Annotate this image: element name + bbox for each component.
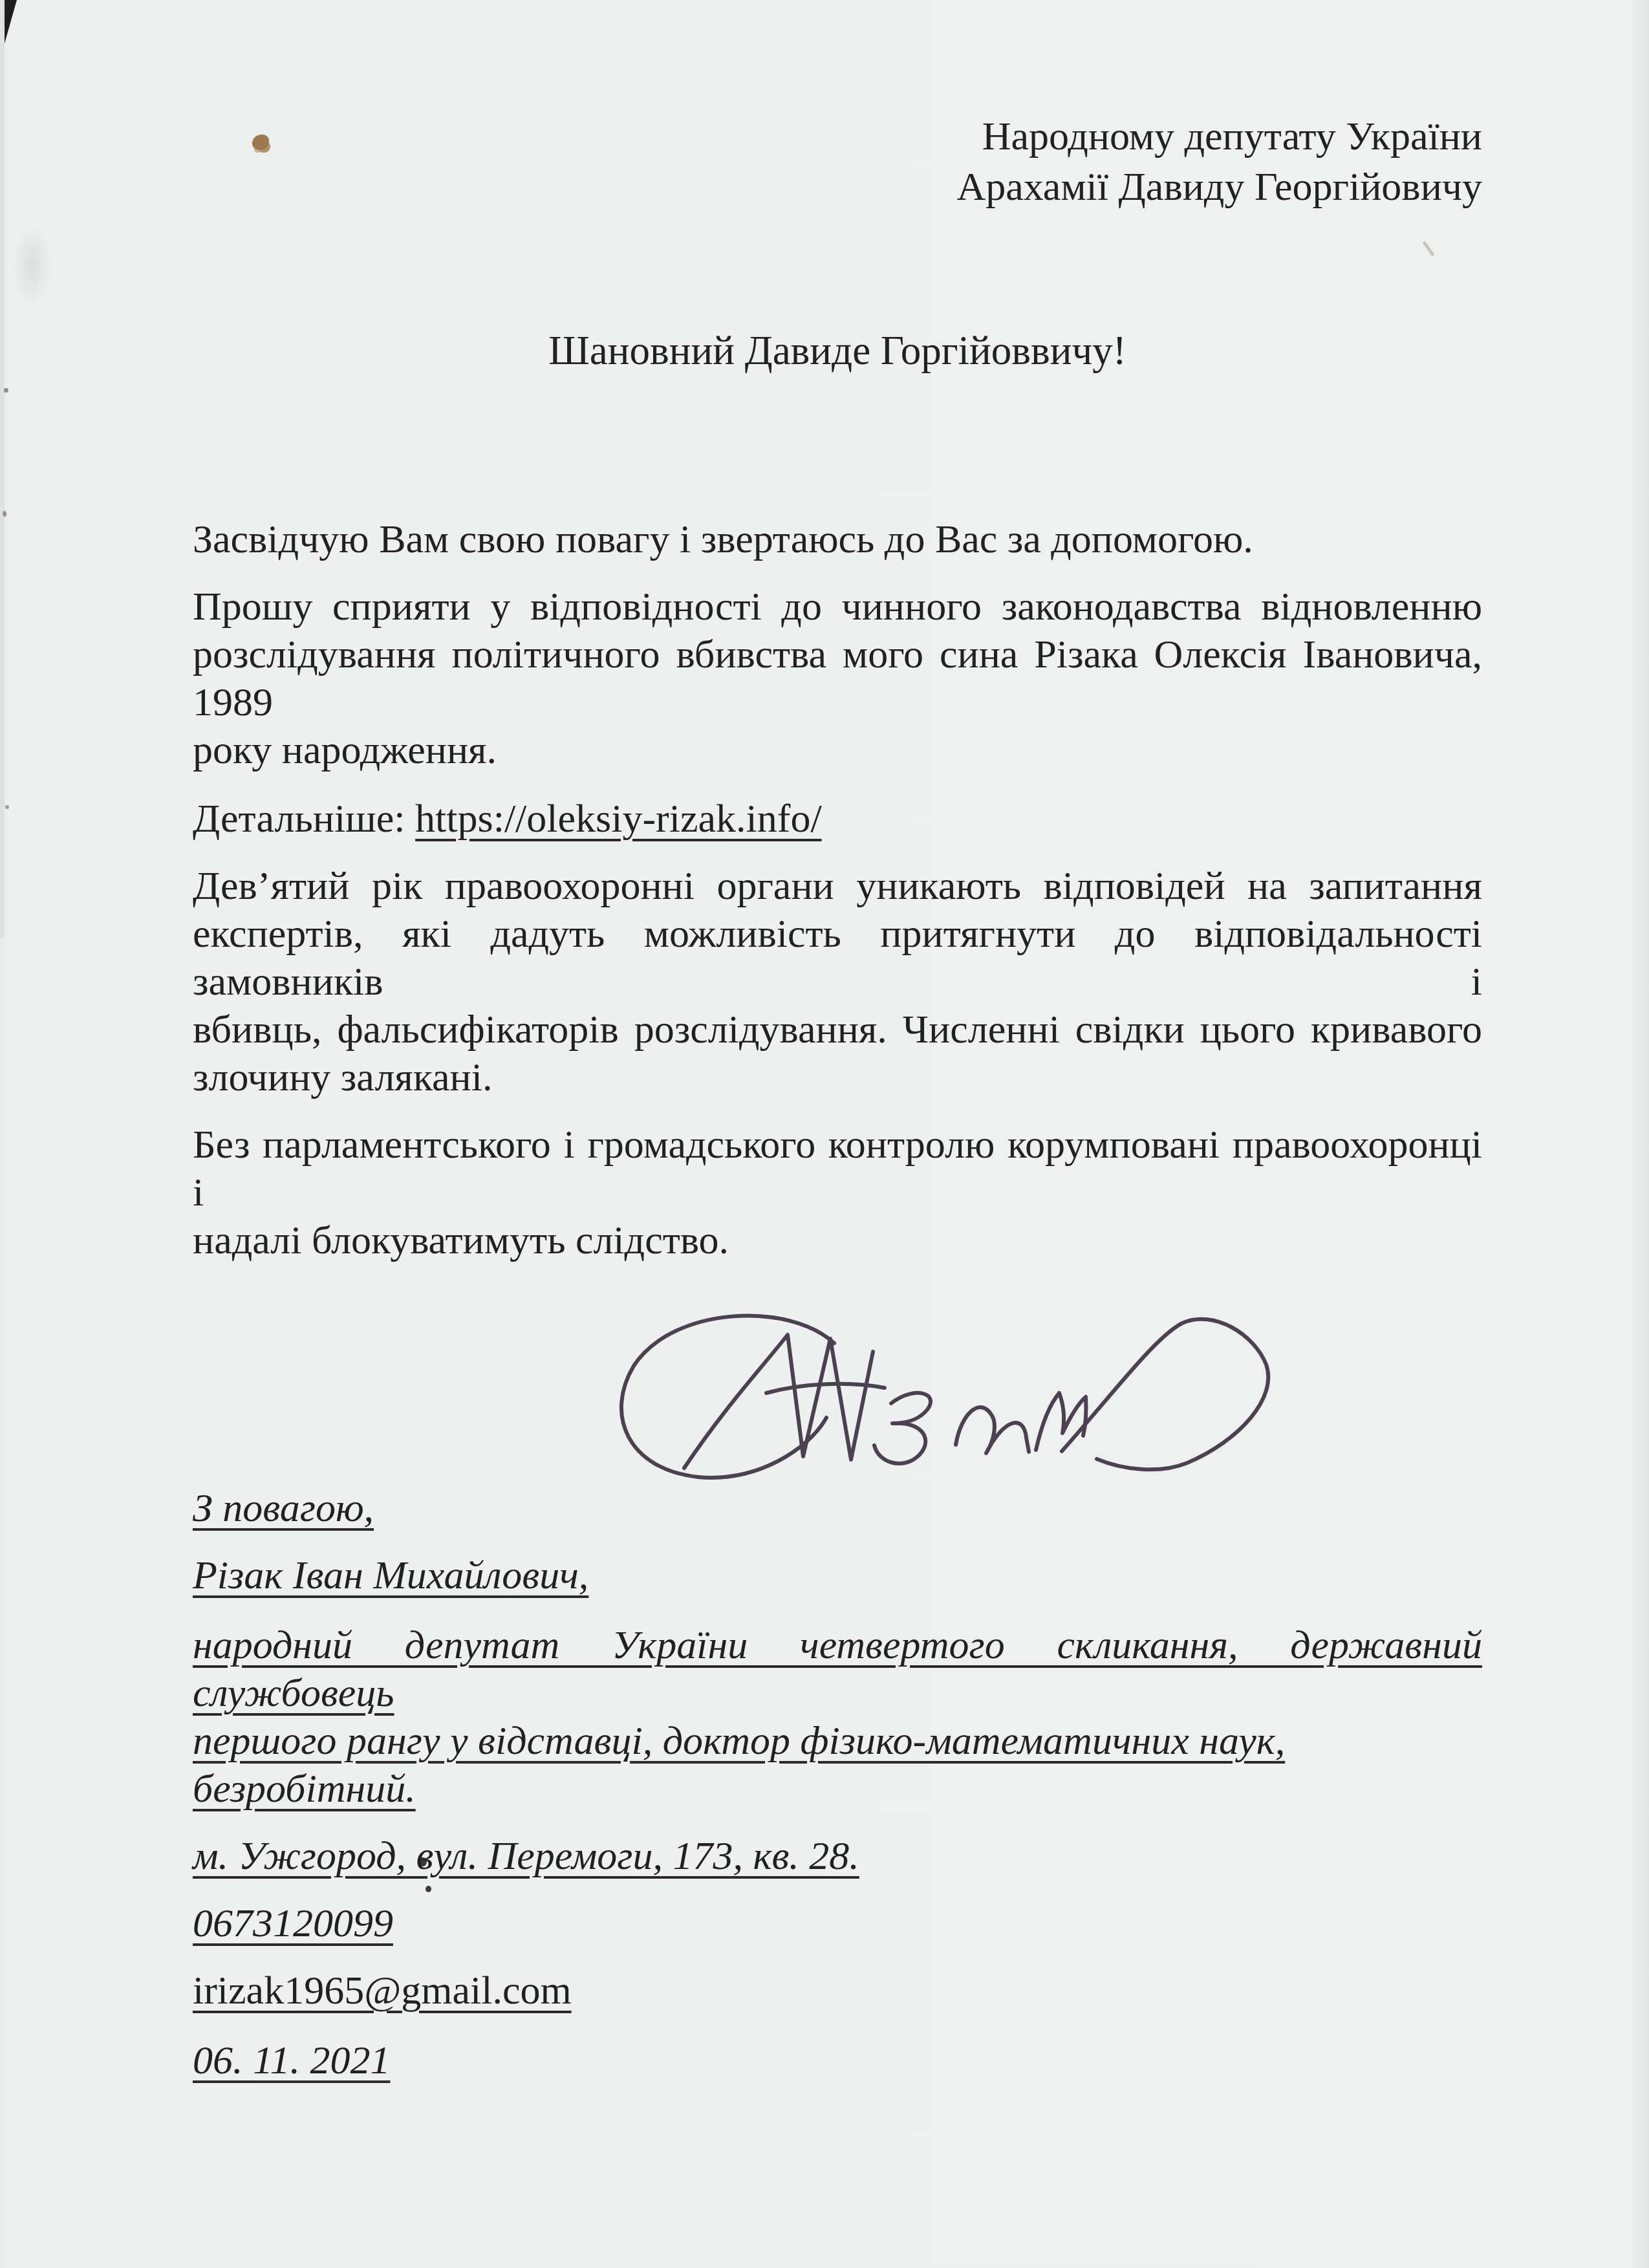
addressee-line: Народному депутату України <box>193 111 1482 162</box>
addressee-block: Народному депутату України Арахамії Дави… <box>193 111 1482 212</box>
paragraph-investigation: Дев’ятий рік правоохоронні органи уникаю… <box>193 862 1482 1101</box>
paragraph-line: Без парламентського і громадського контр… <box>193 1121 1482 1216</box>
paragraph-line: Дев’ятий рік правоохоронні органи уникаю… <box>193 862 1482 910</box>
signature-block: З повагою, Різак Іван Михайлович, народн… <box>193 1484 1482 2084</box>
paragraph-line: надалі блокуватимуть слідство. <box>193 1216 1482 1264</box>
paragraph-line: експертів, які дадуть можливість притягн… <box>193 910 1482 1006</box>
sender-phone: 0673120099 <box>193 1899 1482 1947</box>
paragraph-greeting: Засвідчую Вам свою повагу і звертаюсь до… <box>193 515 1482 563</box>
paragraph-request: Прошу сприяти у відповідності до чинного… <box>193 583 1482 774</box>
scanned-letter-page: Народному депутату України Арахамії Дави… <box>0 0 1649 2268</box>
sender-email: irizak1965@gmail.com <box>193 1967 1482 2014</box>
paragraph-line: року народження. <box>193 726 1482 774</box>
details-link-line: Детальніше: https://oleksiy-rizak.info/ <box>193 795 1482 843</box>
paragraph-line: вбивць, фальсифікаторів розслідування. Ч… <box>193 1006 1482 1053</box>
website-link: https://oleksiy-rizak.info/ <box>415 797 822 841</box>
paragraph-line: злочину залякані. <box>193 1053 1482 1101</box>
sender-name: Різак Іван Михайлович, <box>193 1551 1482 1599</box>
paragraph-line: Прошу сприяти у відповідності до чинного… <box>193 583 1482 631</box>
letter-date: 06. 11. 2021 <box>193 2036 1482 2084</box>
details-label: Детальніше: <box>193 797 415 841</box>
handwritten-signature <box>601 1295 1300 1495</box>
paragraph-line: розслідування політичного вбивства мого … <box>193 631 1482 726</box>
sender-title: народний депутат України четвертого скли… <box>193 1621 1482 1813</box>
salutation: Шановний Давиде Горгійоввичу! <box>193 327 1482 374</box>
paragraph-line: Засвідчую Вам свою повагу і звертаюсь до… <box>193 515 1482 563</box>
addressee-line: Арахамії Давиду Георгійовичу <box>193 162 1482 212</box>
sender-address: м. Ужгород, вул. Перемоги, 173, кв. 28. <box>193 1832 1482 1880</box>
sender-title-line: першого рангу у відставці, доктор фізико… <box>193 1717 1482 1813</box>
signature-strokes <box>601 1295 1300 1495</box>
sender-title-line: народний депутат України четвертого скли… <box>193 1621 1482 1717</box>
paragraph-control: Без парламентського і громадського контр… <box>193 1121 1482 1264</box>
